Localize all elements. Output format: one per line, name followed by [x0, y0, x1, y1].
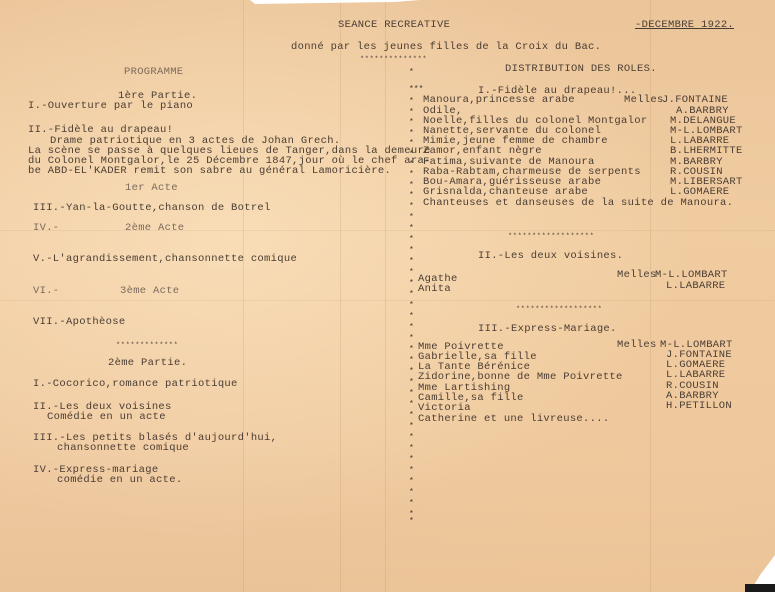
- programme-item: I.-Cocorico,romance patriotique: [33, 379, 238, 390]
- programme-item: III.-Yan-la-Goutte,chanson de Botrel: [33, 203, 271, 214]
- actor-name: L.LABARRE: [666, 281, 725, 292]
- play3-prefix: Melles: [617, 340, 657, 351]
- programme-heading: PROGRAMME: [124, 67, 183, 78]
- play2-prefix: Melles: [617, 270, 657, 281]
- programme-item: VI.-: [33, 286, 59, 297]
- programme-item: VII.-Apothèose: [33, 317, 125, 328]
- part2-label: 2ème Partie.: [108, 358, 187, 369]
- act-label: 2ème Acte: [125, 223, 184, 234]
- document-date: -DECEMBRE 1922.: [635, 20, 734, 31]
- scan-background-corner: [745, 584, 775, 592]
- role-extra: Chanteuses et danseuses de la suite de M…: [423, 198, 733, 209]
- actor-name: H.PETILLON: [666, 401, 732, 412]
- act-label: 3ème Acte: [120, 286, 179, 297]
- play2-title: II.-Les deux voisines.: [478, 251, 623, 262]
- programme-item: I.-Ouverture par le piano: [28, 101, 193, 112]
- play3-title: III.-Express-Mariage.: [478, 324, 617, 335]
- programme-star-separator: *************: [116, 341, 178, 352]
- play1-prefix: Melles: [624, 95, 664, 106]
- programme-item: IV.-: [33, 223, 59, 234]
- distribution-star-separator: ******************: [508, 232, 594, 243]
- role-name: Catherine et une livreuse....: [418, 414, 609, 425]
- document-title: SEANCE RECREATIVE: [338, 20, 450, 31]
- document-subtitle: donné par les jeunes filles de la Croix …: [291, 42, 601, 53]
- programme-item-desc: Comédie en un acte: [47, 412, 166, 423]
- distribution-star-separator: ******************: [516, 305, 602, 316]
- act-label: 1er Acte: [125, 183, 178, 194]
- role-name: Anita: [418, 284, 451, 295]
- typewritten-programme-sheet: SEANCE RECREATIVE -DECEMBRE 1922. donné …: [0, 0, 775, 592]
- distribution-heading: DISTRIBUTION DES ROLES.: [505, 64, 657, 75]
- header-star-separator: **************: [360, 55, 427, 66]
- programme-item-desc: be ABD-EL'KADER remit son sabre au génér…: [28, 166, 391, 177]
- programme-item-desc: chansonnette comique: [57, 443, 189, 454]
- programme-item-desc: comédie en un acte.: [57, 475, 182, 486]
- programme-item: V.-L'agrandissement,chansonnette comique: [33, 254, 297, 265]
